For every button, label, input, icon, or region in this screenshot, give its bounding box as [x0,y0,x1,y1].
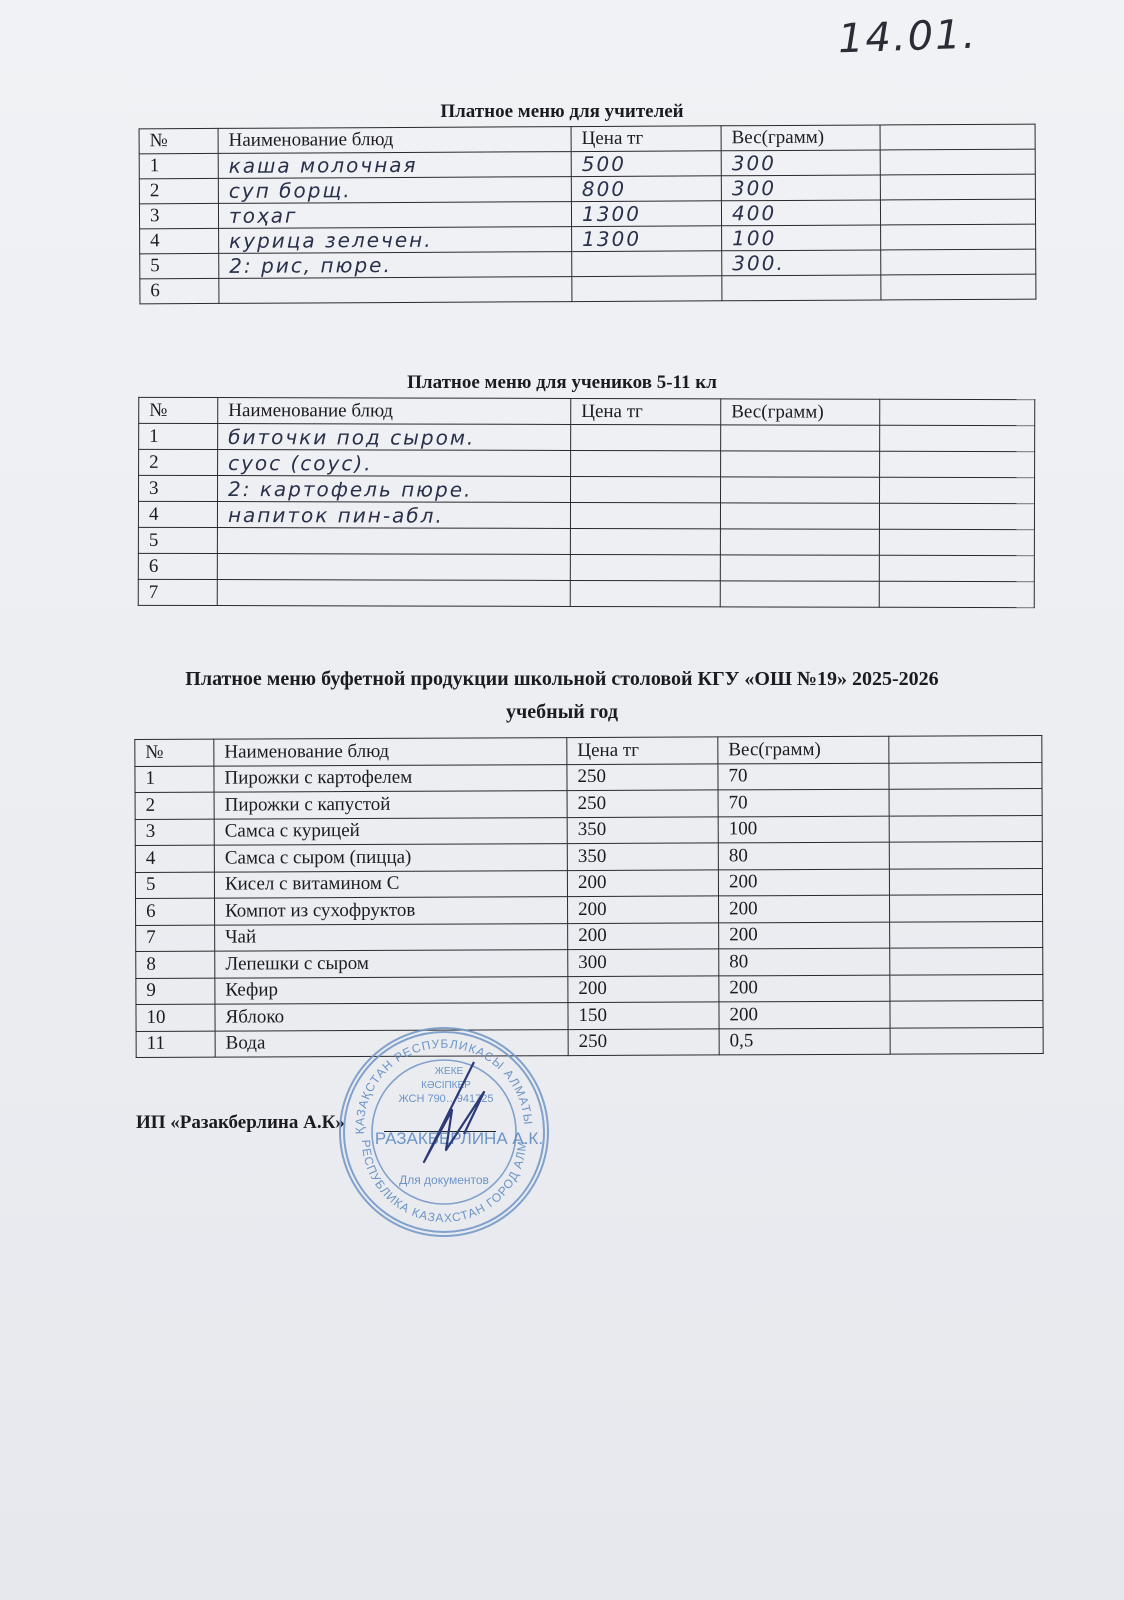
extra [889,789,1042,816]
dish-name: 2: картофель пюре. [218,476,571,503]
stamp-top-text: ҚАЗАҚСТАН РЕСПУБЛИКАСЫ АЛМАТЫ ҚАЛАСЫ [334,1022,535,1134]
price: 1300 [571,201,721,227]
column-header: Наименование блюд [218,127,571,154]
table-header-row: №Наименование блюдЦена тгВес(грамм) [135,736,1042,766]
official-stamp: ҚАЗАҚСТАН РЕСПУБЛИКАСЫ АЛМАТЫ ҚАЛАСЫ РЕС… [334,1022,552,1240]
table-row: 1биточки под сыром. [139,423,1035,451]
extra [879,581,1034,607]
dish-name [217,528,570,555]
row-number: 1 [139,153,218,178]
price: 250 [567,763,718,790]
row-number: 2 [139,178,218,203]
weight: 200 [718,869,889,896]
weight: 100 [718,816,889,843]
column-header: Вес(грамм) [721,125,880,151]
buffet-menu-title-line1: Платное меню буфетной продукции школьной… [0,663,1124,696]
dish-name: напиток пин-абл. [217,502,570,529]
dish-name: каша молочная [218,152,571,179]
extra [879,477,1034,503]
weight: 200 [719,922,890,949]
dish-name: курица зелечен. [219,227,572,254]
weight: 300 [721,150,880,176]
table-row: 3Самса с курицей350100 [135,815,1042,845]
dish-name: биточки под сыром. [218,424,571,451]
row-number: 7 [138,579,217,605]
table-row: 11Вода2500,5 [136,1027,1043,1057]
table-row: 4напиток пин-абл. [138,501,1034,529]
price [571,424,721,450]
table-row: 9Кефир200200 [136,974,1043,1004]
extra [881,249,1036,275]
weight: 80 [718,842,889,869]
column-header: Наименование блюд [214,738,567,766]
stamp-purpose: Для документов [399,1173,489,1187]
price: 800 [571,176,721,202]
table-row: 1Пирожки с картофелем25070 [135,762,1042,792]
buffet-menu-table: №Наименование блюдЦена тгВес(грамм)1Пиро… [134,735,1043,1058]
table-row: 5 [138,527,1034,555]
students-menu-title: Платное меню для учеников 5-11 кл [0,372,1124,394]
weight: 100 [722,225,881,251]
weight: 0,5 [719,1028,890,1055]
price: 500 [571,151,721,177]
extra [890,921,1043,948]
extra [889,868,1042,895]
extra [880,425,1035,451]
price: 200 [567,869,718,896]
extra [879,503,1034,529]
row-number: 5 [140,253,219,278]
extra [881,274,1036,300]
column-header [880,124,1035,150]
price: 200 [568,975,719,1002]
table-row: 4Самса с сыром (пицца)35080 [135,842,1042,872]
table-row: 6Компот из сухофруктов200200 [136,895,1043,925]
weight: 300 [721,175,880,201]
extra [880,149,1035,175]
row-number: 2 [135,792,214,819]
column-header: Цена тг [571,126,721,152]
weight: 200 [718,895,889,922]
teachers-menu-table: №Наименование блюдЦена тгВес(грамм)1каша… [139,124,1037,305]
dish-name: Пирожки с картофелем [214,764,567,792]
extra [889,762,1042,789]
extra [879,529,1034,555]
dish-name: Компот из сухофруктов [215,897,568,925]
weight: 400 [721,200,880,226]
row-number: 6 [140,278,219,303]
row-number: 8 [136,951,215,978]
row-number: 11 [136,1031,215,1058]
price: 300 [568,949,719,976]
row-number: 4 [135,845,214,872]
table-row: 6 [138,553,1034,581]
weight: 70 [718,763,889,790]
table-row: 2суос (соус). [139,449,1035,477]
dish-name: 2: рис, пюре. [219,252,572,279]
price: 250 [567,790,718,817]
row-number: 10 [136,1004,215,1031]
column-header: № [135,739,214,766]
table-row: 8Лепешки с сыром30080 [136,948,1043,978]
extra [879,555,1034,581]
row-number: 3 [139,475,218,501]
price [570,580,720,606]
price: 350 [567,843,718,870]
row-number: 2 [139,449,218,475]
row-number: 4 [140,228,219,253]
column-header: Цена тг [571,398,721,424]
dish-name: тоҳаг [218,202,571,229]
table-header-row: №Наименование блюдЦена тгВес(грамм) [139,397,1035,425]
column-header: Наименование блюд [218,398,571,425]
dish-name: Самса с курицей [214,817,567,845]
row-number: 9 [136,978,215,1005]
table-row: 5Кисел с витамином С200200 [135,868,1042,898]
table-row: 7Чай200200 [136,921,1043,951]
handwritten-date: 14.01. [837,12,978,63]
dish-name: Кефир [215,976,568,1004]
dish-name [217,554,570,581]
dish-name: Кисел с витамином С [214,870,567,898]
dish-name: Чай [215,923,568,951]
teachers-menu-title: Платное меню для учителей [0,101,1124,123]
row-number: 1 [135,766,214,793]
table-row: 32: картофель пюре. [139,475,1035,503]
weight: 70 [718,789,889,816]
row-number: 6 [136,898,215,925]
price: 150 [568,1002,719,1029]
extra [880,451,1035,477]
price [571,450,721,476]
dish-name: суп борщ. [218,177,571,204]
weight [720,581,879,607]
row-number: 5 [135,872,214,899]
extra [890,1027,1043,1054]
column-header: № [139,397,218,423]
row-number: 1 [139,423,218,449]
extra [881,224,1036,250]
dish-name: Лепешки с сыром [215,950,568,978]
price [570,502,720,528]
extra [889,842,1042,869]
extra [890,1001,1043,1028]
extra [880,174,1035,200]
row-number: 3 [139,203,218,228]
column-header: Вес(грамм) [721,399,880,425]
price [572,276,722,302]
table-row: 2Пирожки с капустой25070 [135,789,1042,819]
weight: 300. [722,250,881,276]
price: 250 [568,1028,719,1055]
dish-name: Самса с сыром (пицца) [214,844,567,872]
column-header [889,736,1042,763]
price [572,251,722,277]
weight [720,503,879,529]
dish-name [219,277,572,304]
row-number: 5 [138,527,217,553]
extra [889,815,1042,842]
column-header: № [139,128,218,153]
column-header [880,399,1035,425]
weight [720,477,879,503]
price: 1300 [572,226,722,252]
price: 350 [567,816,718,843]
weight [720,529,879,555]
dish-name: Пирожки с капустой [214,791,567,819]
table-row: 10Яблоко150200 [136,1001,1043,1031]
buffet-menu-title-line2: учебный год [0,696,1124,729]
row-number: 4 [138,501,217,527]
weight [720,555,879,581]
weight: 200 [719,1001,890,1028]
table-row: 6 [140,274,1036,304]
column-header: Вес(грамм) [718,736,889,763]
weight: 80 [719,948,890,975]
weight [721,451,880,477]
buffet-menu-title: Платное меню буфетной продукции школьной… [0,663,1124,729]
dish-name: суос (соус). [218,450,571,477]
row-number: 3 [135,819,214,846]
extra [889,895,1042,922]
column-header: Цена тг [567,737,718,764]
weight [722,275,881,301]
price [570,528,720,554]
stamp-line1: ЖЕКЕ [435,1066,464,1077]
dish-name [217,580,570,607]
price [570,554,720,580]
extra [890,948,1043,975]
extra [880,199,1035,225]
row-number: 6 [138,553,217,579]
signature-label: ИП «Разакберлина А.К» [136,1112,345,1134]
row-number: 7 [136,925,215,952]
weight: 200 [719,975,890,1002]
price [571,476,721,502]
weight [721,425,880,451]
price: 200 [568,922,719,949]
extra [890,974,1043,1001]
svg-text:ҚАЗАҚСТАН РЕСПУБЛИКАСЫ АЛМАТЫ: ҚАЗАҚСТАН РЕСПУБЛИКАСЫ АЛМАТЫ ҚАЛАСЫ [334,1022,535,1134]
table-row: 7 [138,579,1034,607]
price: 200 [568,896,719,923]
students-menu-table: №Наименование блюдЦена тгВес(грамм)1бито… [138,397,1036,608]
